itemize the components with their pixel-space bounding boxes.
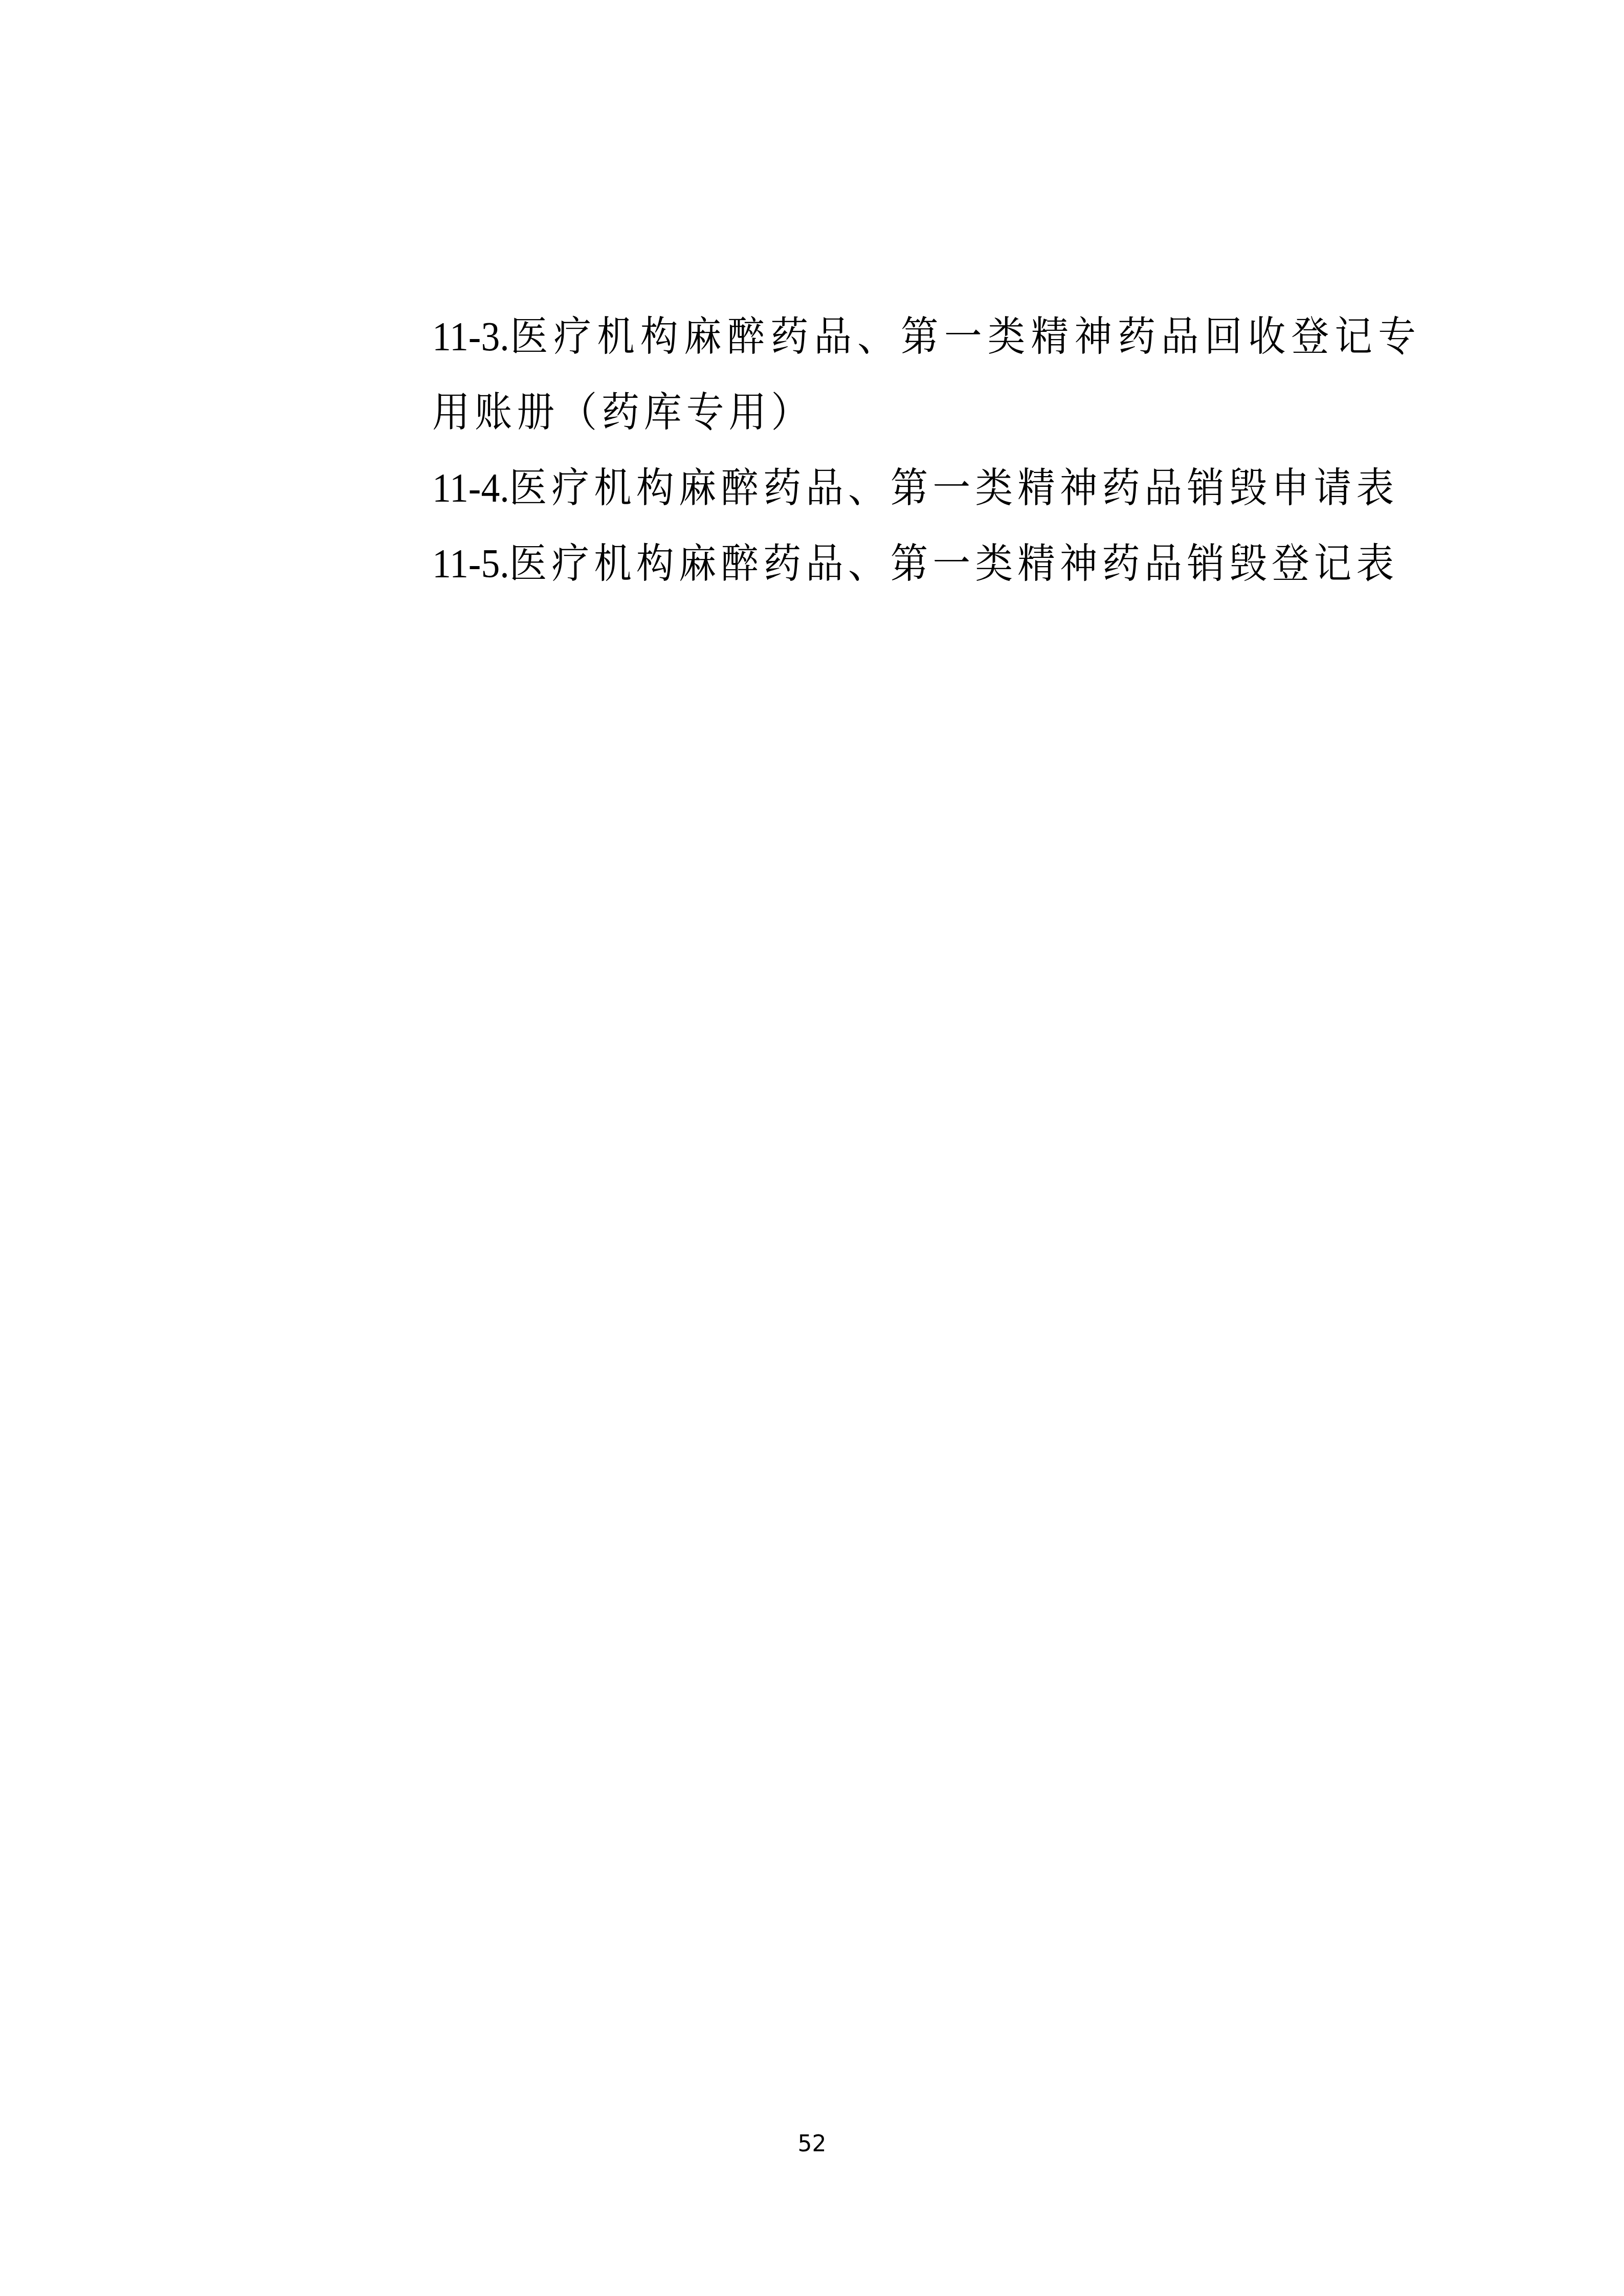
appendix-item-11-5: 11-5.医疗机构麻醉药品、第一类精神药品销毁登记表 xyxy=(432,526,1420,602)
item-number: 11-5. xyxy=(432,542,509,587)
item-number: 11-3. xyxy=(432,314,509,359)
appendix-item-11-4: 11-4.医疗机构麻醉药品、第一类精神药品销毁申请表 xyxy=(432,451,1420,526)
item-title: 医疗机构麻醉药品、第一类精神药品回收登记专用账册（药库专用） xyxy=(432,314,1420,435)
item-title: 医疗机构麻醉药品、第一类精神药品销毁申请表 xyxy=(509,466,1399,511)
page-number: 52 xyxy=(0,2131,1624,2157)
appendix-item-11-3: 11-3.医疗机构麻醉药品、第一类精神药品回收登记专用账册（药库专用） xyxy=(432,299,1420,451)
appendix-list: 11-3.医疗机构麻醉药品、第一类精神药品回收登记专用账册（药库专用） 11-4… xyxy=(432,299,1419,602)
item-number: 11-4. xyxy=(432,466,509,511)
item-title: 医疗机构麻醉药品、第一类精神药品销毁登记表 xyxy=(509,542,1399,587)
